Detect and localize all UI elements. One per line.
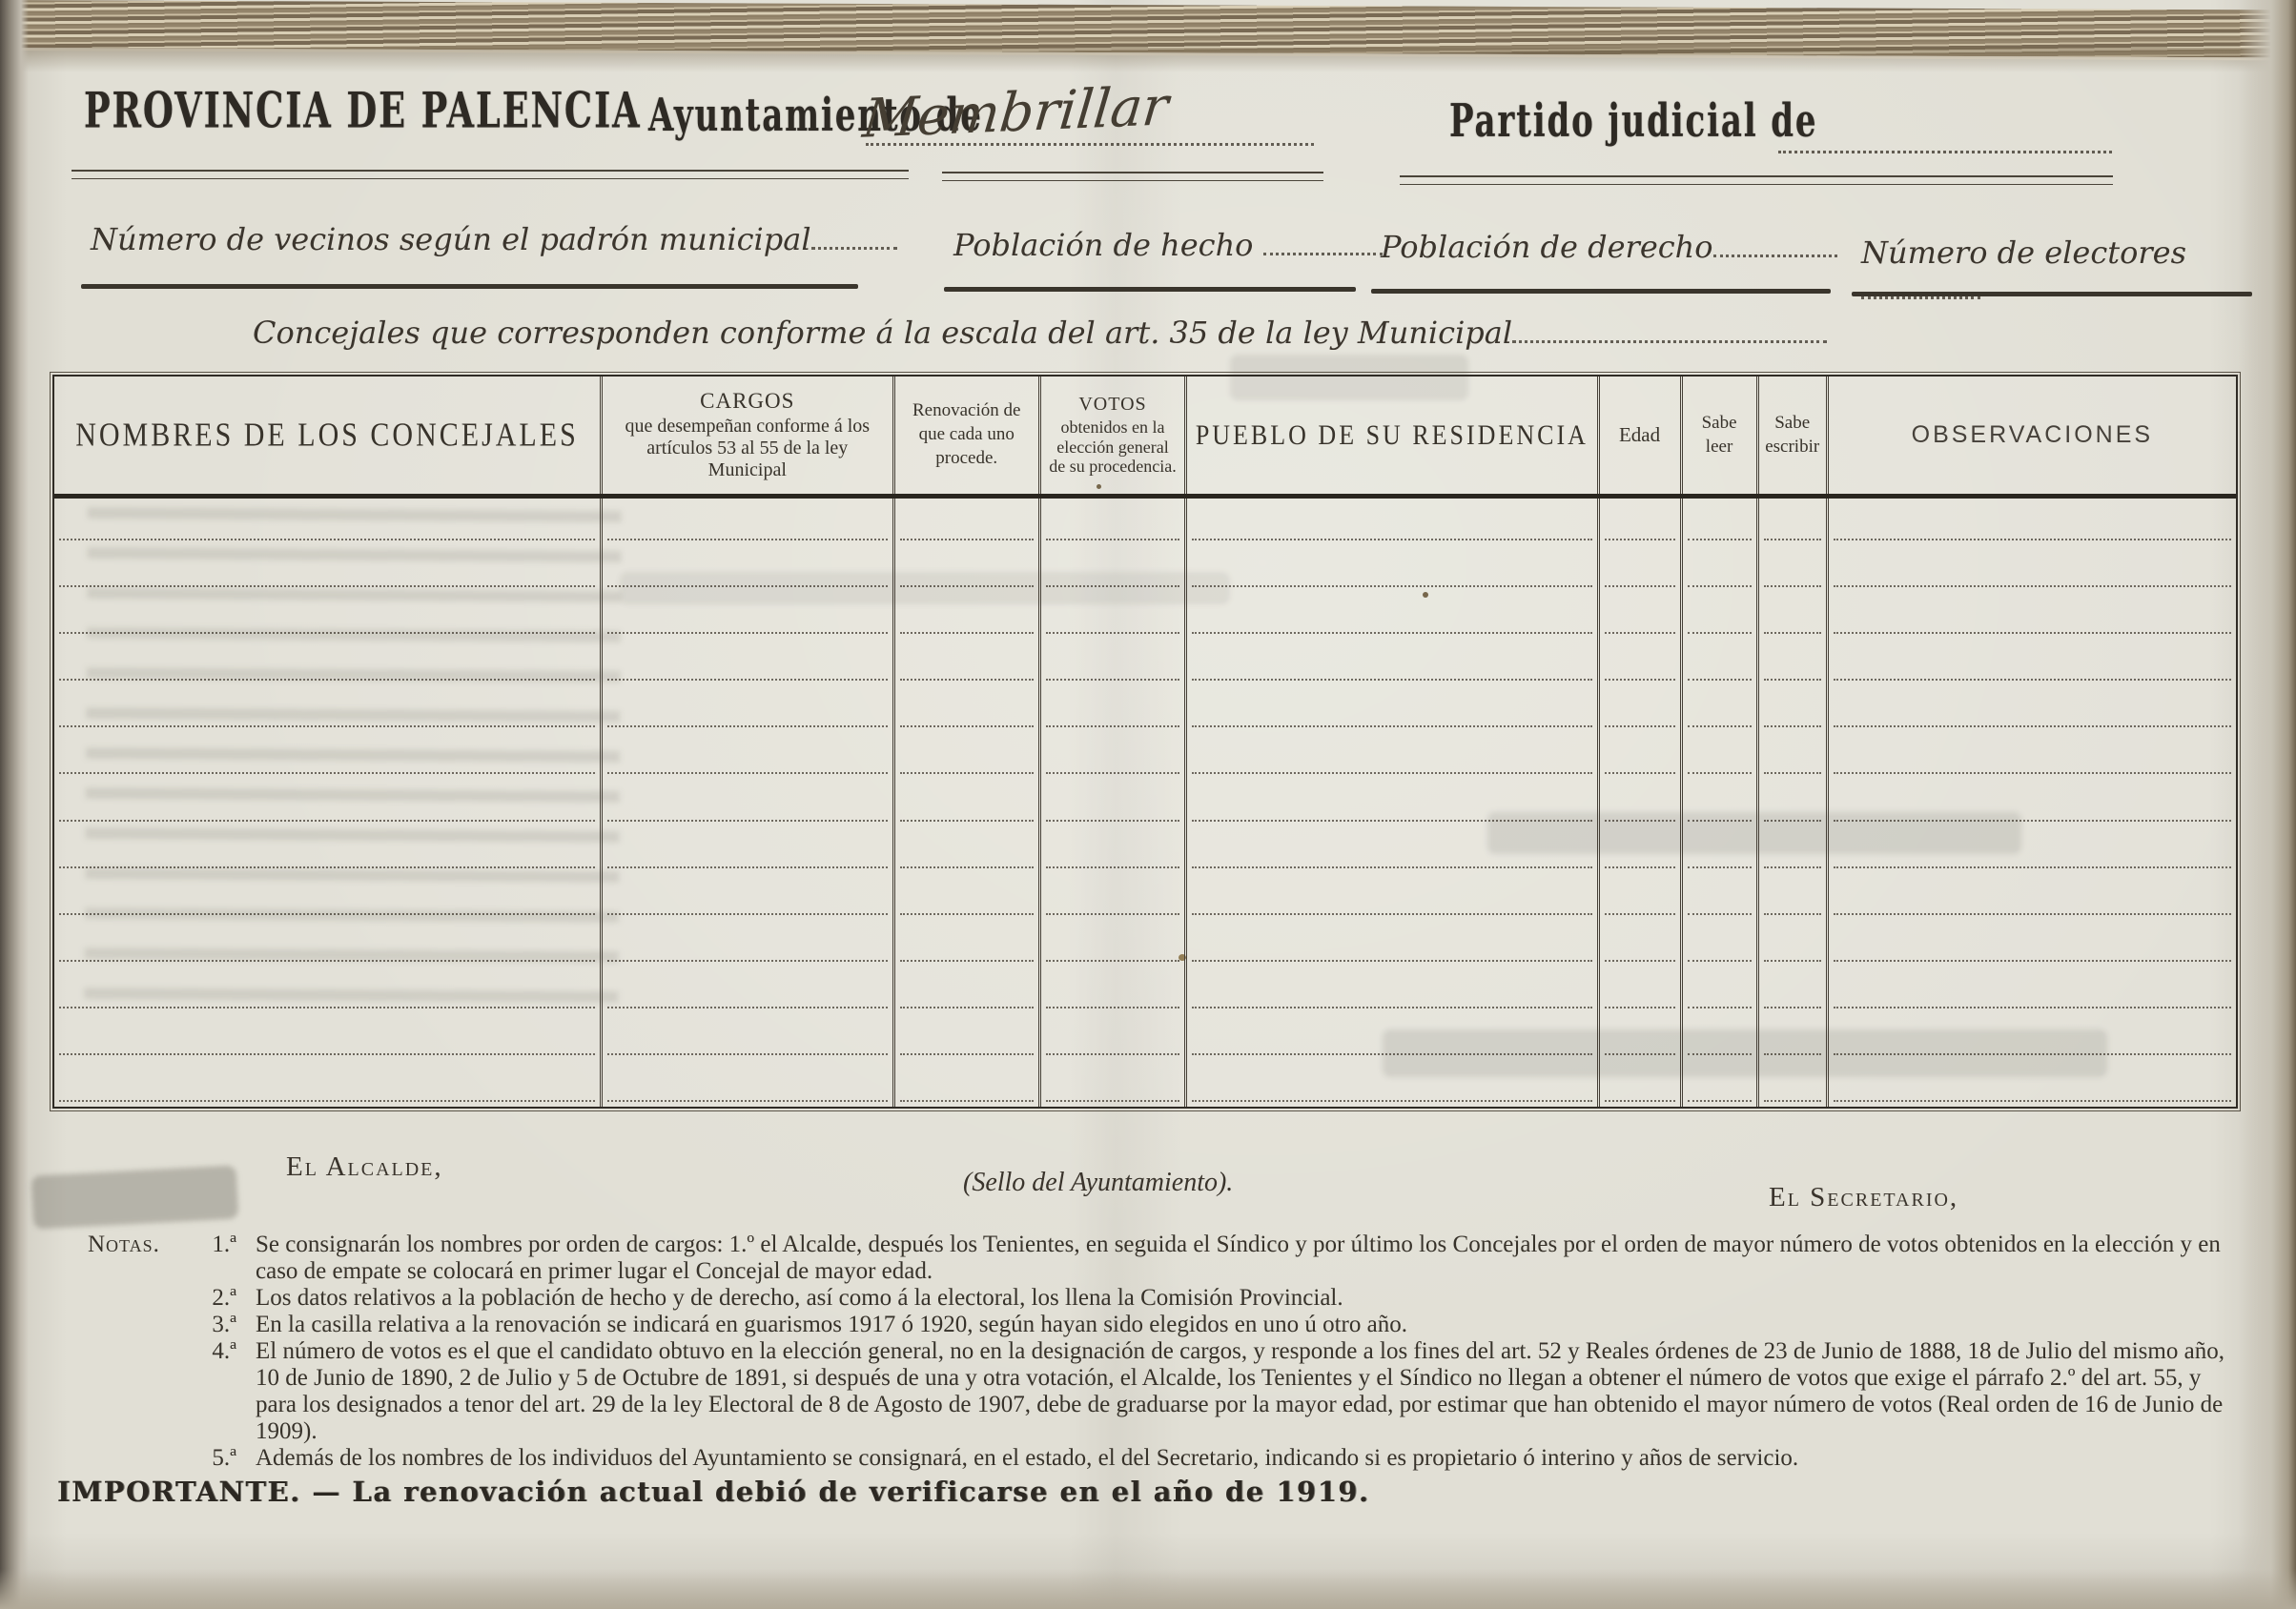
table-cell: [54, 639, 600, 685]
rule-under-province: [72, 170, 909, 179]
table-cell: [1680, 873, 1756, 920]
table-cell: [1756, 685, 1826, 732]
table-cell: [892, 779, 1038, 825]
table-cell: [1680, 685, 1756, 732]
table-cell: [1597, 920, 1680, 967]
note-item: 2.ª Los datos relativos a la población d…: [88, 1285, 2245, 1312]
table-cell: [892, 685, 1038, 732]
table-cell: [1597, 967, 1680, 1013]
table-cell: [1597, 826, 1680, 873]
note-number: 5.ª: [187, 1445, 236, 1472]
column-title: NOMBRES DE LOS CONCEJALES: [75, 417, 579, 454]
table-cell: [1038, 732, 1184, 779]
table-body: [54, 499, 2236, 1107]
table-cell: [1680, 779, 1756, 825]
table-cell: [600, 545, 892, 592]
table-cell: [600, 685, 892, 732]
column-title: Edad: [1619, 422, 1660, 448]
table-cell: [1756, 639, 1826, 685]
table-empty-row: [54, 967, 2236, 1013]
note-text: En la casilla relativa a la renovación s…: [256, 1312, 2245, 1338]
table-empty-row: [54, 499, 2236, 545]
rule-under-judicial: [1400, 175, 2113, 185]
table-cell: [1184, 1060, 1596, 1107]
note-item: Notas. 1.ª Se consignarán los nombres po…: [88, 1232, 2245, 1285]
alcalde-signature-label: El Alcalde,: [286, 1151, 443, 1183]
table-cell: [1756, 873, 1826, 920]
column-title: Sabe escribir: [1765, 412, 1819, 458]
table-cell: [600, 826, 892, 873]
vecinos-label: Número de vecinos según el padrón munici…: [91, 221, 811, 257]
table-cell: [1756, 967, 1826, 1013]
column-header-votos: VOTOS obtenidos en la elección general d…: [1038, 377, 1184, 494]
table-cell: [600, 967, 892, 1013]
table-empty-row: [54, 732, 2236, 779]
table-cell: [600, 499, 892, 545]
table-cell: [54, 920, 600, 967]
table-cell: [1826, 685, 2236, 732]
table-cell: [1826, 545, 2236, 592]
table-cell: [892, 967, 1038, 1013]
table-cell: [1184, 779, 1596, 825]
table-cell: [1756, 732, 1826, 779]
table-empty-row: [54, 592, 2236, 639]
page-top-shadow: [0, 48, 2296, 72]
table-cell: [1038, 592, 1184, 639]
table-cell: [1756, 545, 1826, 592]
table-cell: [54, 732, 600, 779]
judicial-fill-line: [1778, 151, 2112, 153]
table-cell: [1680, 639, 1756, 685]
table-cell: [1680, 1013, 1756, 1060]
table-cell: [1184, 592, 1596, 639]
poblacion-derecho-field: Población de derecho: [1381, 229, 1837, 265]
column-header-cargos: CARGOS que desempeñan conforme á los art…: [600, 377, 892, 494]
table-cell: [892, 920, 1038, 967]
poblacion-hecho-label: Población de hecho: [953, 227, 1253, 263]
table-cell: [1756, 1060, 1826, 1107]
note-number: 1.ª: [187, 1232, 236, 1285]
table-cell: [892, 592, 1038, 639]
table-cell: [892, 826, 1038, 873]
table-cell: [54, 967, 600, 1013]
table-cell: [1038, 967, 1184, 1013]
table-cell: [600, 1013, 892, 1060]
bleedthrough-signature: [31, 1165, 239, 1229]
councillors-table: NOMBRES DE LOS CONCEJALES CARGOS que des…: [52, 375, 2238, 1109]
table-cell: [1680, 592, 1756, 639]
table-cell: [600, 732, 892, 779]
page-bottom-shadow: [0, 1569, 2296, 1609]
table-header-row: NOMBRES DE LOS CONCEJALES CARGOS que des…: [54, 377, 2236, 499]
table-cell: [1597, 1013, 1680, 1060]
table-cell: [54, 499, 600, 545]
rule-under-municipality: [942, 172, 1323, 181]
table-cell: [892, 873, 1038, 920]
poblacion-derecho-fill-line: [1713, 254, 1837, 257]
table-cell: [1826, 967, 2236, 1013]
rule-under-electores: [1852, 292, 2252, 296]
concejales-label: Concejales que corresponden conforme á l…: [253, 315, 1512, 351]
table-cell: [1038, 779, 1184, 825]
note-text: Además de los nombres de los individuos …: [256, 1445, 2245, 1472]
rule-under-derecho: [1371, 289, 1831, 294]
table-cell: [600, 639, 892, 685]
table-cell: [892, 732, 1038, 779]
column-title: OBSERVACIONES: [1912, 421, 2153, 449]
table-cell: [600, 920, 892, 967]
poblacion-hecho-fill-line: [1263, 252, 1383, 255]
notes-label: Notas.: [88, 1232, 187, 1285]
column-title: PUEBLO DE SU RESIDENCIA: [1196, 418, 1589, 452]
table-cell: [1597, 685, 1680, 732]
electores-label: Número de electores: [1861, 234, 2186, 271]
note-text: El número de votos es el que el candidat…: [256, 1338, 2245, 1445]
municipality-fill-line: [866, 143, 1314, 146]
table-cell: [54, 779, 600, 825]
table-empty-row: [54, 779, 2236, 825]
table-cell: [1826, 779, 2236, 825]
note-number: 4.ª: [187, 1338, 236, 1445]
note-item: 5.ª Además de los nombres de los individ…: [88, 1445, 2245, 1472]
table-cell: [1597, 873, 1680, 920]
province-title: PROVINCIA DE PALENCIA: [84, 82, 642, 139]
rule-under-vecinos: [81, 284, 858, 289]
table-cell: [892, 639, 1038, 685]
table-cell: [1826, 732, 2236, 779]
table-cell: [1826, 920, 2236, 967]
concejales-fill-line: [1512, 339, 1827, 343]
table-cell: [1038, 873, 1184, 920]
table-empty-row: [54, 639, 2236, 685]
column-header-sabe-escribir: Sabe escribir: [1756, 377, 1826, 494]
table-cell: [1038, 499, 1184, 545]
note-text: Se consignarán los nombres por orden de …: [256, 1232, 2245, 1285]
table-cell: [1184, 873, 1596, 920]
table-cell: [1680, 1060, 1756, 1107]
table-cell: [1680, 499, 1756, 545]
column-header-edad: Edad: [1597, 377, 1680, 494]
table-cell: [1184, 967, 1596, 1013]
table-cell: [1680, 967, 1756, 1013]
table-cell: [1597, 499, 1680, 545]
table-cell: [1184, 499, 1596, 545]
table-empty-row: [54, 685, 2236, 732]
table-cell: [1184, 732, 1596, 779]
table-cell: [1756, 779, 1826, 825]
column-subtitle: que desempeñan conforme á los artículos …: [610, 416, 885, 482]
table-cell: [1038, 545, 1184, 592]
table-cell: [54, 592, 600, 639]
table-cell: [1597, 732, 1680, 779]
column-header-renovacion: Renovación de que cada uno procede.: [892, 377, 1038, 494]
table-cell: [1756, 826, 1826, 873]
table-cell: [1597, 545, 1680, 592]
table-cell: [600, 592, 892, 639]
table-empty-row: [54, 545, 2236, 592]
table-cell: [1756, 499, 1826, 545]
table-cell: [1756, 920, 1826, 967]
table-empty-row: [54, 826, 2236, 873]
table-cell: [54, 1013, 600, 1060]
table-cell: [1826, 1013, 2236, 1060]
municipality-handwritten-value: Membrillar: [860, 75, 1171, 151]
table-cell: [1184, 639, 1596, 685]
column-header-observaciones: OBSERVACIONES: [1826, 377, 2236, 494]
table-cell: [1826, 499, 2236, 545]
table-cell: [1680, 545, 1756, 592]
table-cell: [1038, 1060, 1184, 1107]
binding-gutter-shadow: [0, 0, 29, 1609]
table-cell: [1038, 826, 1184, 873]
table-empty-row: [54, 1013, 2236, 1060]
rule-under-hecho: [944, 287, 1356, 292]
vecinos-fill-line: [811, 246, 897, 250]
table-empty-row: [54, 873, 2236, 920]
column-title: VOTOS: [1078, 394, 1146, 416]
table-cell: [1184, 920, 1596, 967]
table-cell: [1184, 685, 1596, 732]
table-cell: [892, 499, 1038, 545]
column-header-sabe-leer: Sabe leer: [1680, 377, 1756, 494]
concejales-field: Concejales que corresponden conforme á l…: [253, 315, 1827, 351]
table-cell: [1680, 826, 1756, 873]
table-cell: [1597, 779, 1680, 825]
poblacion-hecho-field: Población de hecho: [953, 227, 1383, 263]
table-cell: [1756, 1013, 1826, 1060]
table-cell: [54, 685, 600, 732]
secretario-signature-label: El Secretario,: [1769, 1182, 1958, 1213]
table-cell: [54, 1060, 600, 1107]
table-cell: [1184, 545, 1596, 592]
column-title: Renovación de que cada uno procede.: [903, 399, 1031, 470]
table-cell: [1038, 639, 1184, 685]
note-item: 4.ª El número de votos es el que el cand…: [88, 1338, 2245, 1445]
notes-label-spacer: [88, 1445, 187, 1472]
judicial-district-label: Partido judicial de: [1449, 93, 1817, 147]
poblacion-derecho-label: Población de derecho: [1381, 229, 1713, 265]
sello-label: (Sello del Ayuntamiento).: [963, 1168, 1233, 1198]
table-cell: [1597, 639, 1680, 685]
column-title: Sabe leer: [1691, 412, 1749, 458]
table-empty-row: [54, 1060, 2236, 1107]
table-cell: [1038, 920, 1184, 967]
vecinos-field: Número de vecinos según el padrón munici…: [91, 221, 897, 257]
table-cell: [600, 779, 892, 825]
table-empty-row: [54, 920, 2236, 967]
table-cell: [1680, 732, 1756, 779]
table-cell: [600, 873, 892, 920]
notes-label-spacer: [88, 1312, 187, 1338]
importante-notice: IMPORTANTE. — La renovación actual debió…: [57, 1476, 1370, 1508]
table-cell: [1038, 1013, 1184, 1060]
table-cell: [1826, 592, 2236, 639]
table-cell: [600, 1060, 892, 1107]
note-item: 3.ª En la casilla relativa a la renovaci…: [88, 1312, 2245, 1338]
table-cell: [892, 545, 1038, 592]
table-cell: [1826, 639, 2236, 685]
table-cell: [1597, 1060, 1680, 1107]
table-cell: [1826, 826, 2236, 873]
table-cell: [54, 545, 600, 592]
note-number: 3.ª: [187, 1312, 236, 1338]
column-header-nombres: NOMBRES DE LOS CONCEJALES: [54, 377, 600, 494]
note-number: 2.ª: [187, 1285, 236, 1312]
column-title: CARGOS: [700, 389, 794, 414]
column-header-pueblo: PUEBLO DE SU RESIDENCIA: [1184, 377, 1596, 494]
table-cell: [1184, 1013, 1596, 1060]
notes-section: Notas. 1.ª Se consignarán los nombres po…: [88, 1232, 2245, 1472]
table-cell: [54, 826, 600, 873]
table-cell: [1038, 685, 1184, 732]
table-cell: [1680, 920, 1756, 967]
note-text: Los datos relativos a la población de he…: [256, 1285, 2245, 1312]
notes-label-spacer: [88, 1338, 187, 1445]
scanned-municipal-form: PROVINCIA DE PALENCIA Ayuntamiento de Me…: [0, 0, 2296, 1609]
table-cell: [892, 1060, 1038, 1107]
notes-label-spacer: [88, 1285, 187, 1312]
column-subtitle: obtenidos en la elección general de su p…: [1049, 418, 1177, 478]
table-cell: [1826, 873, 2236, 920]
table-cell: [1597, 592, 1680, 639]
table-cell: [1184, 826, 1596, 873]
table-cell: [892, 1013, 1038, 1060]
table-cell: [54, 873, 600, 920]
table-cell: [1756, 592, 1826, 639]
table-cell: [1826, 1060, 2236, 1107]
